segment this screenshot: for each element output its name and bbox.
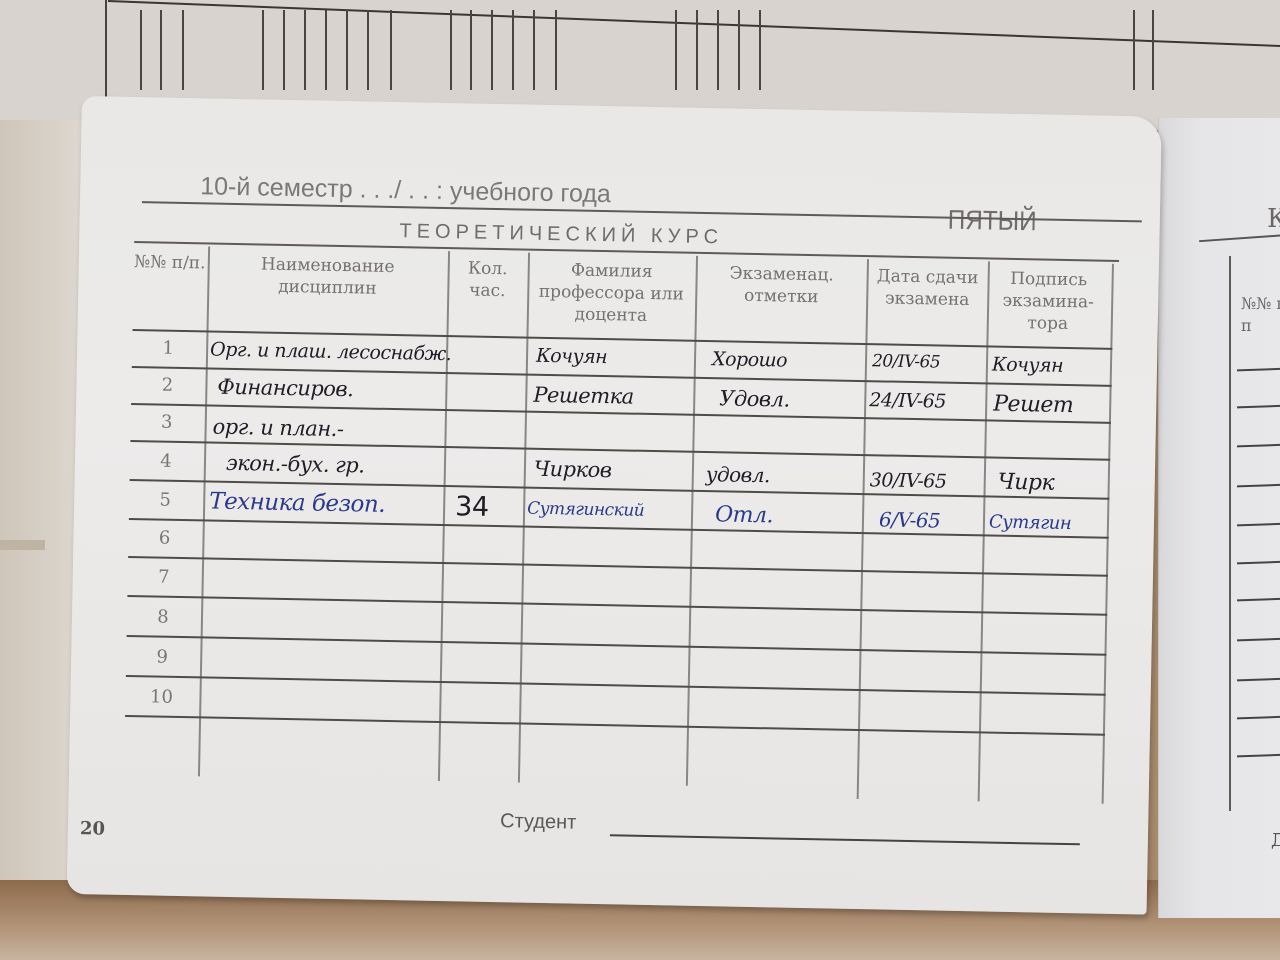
grade-cell: Удовл. <box>719 386 790 411</box>
underlying-col-line <box>696 10 698 90</box>
underlying-col-line <box>675 10 677 90</box>
underlying-page-edge <box>105 0 107 105</box>
page-fold <box>0 540 45 550</box>
underlying-col-line <box>367 10 369 90</box>
professor-cell: Сутягинский <box>527 499 644 521</box>
record-book-page: 10-й семестр . . ./ . . : учебного года … <box>67 96 1162 915</box>
section-title: ТЕОРЕТИЧЕСКИЙ КУРС <box>399 220 723 249</box>
right-page-row-line <box>1237 637 1280 642</box>
underlying-col-line <box>470 10 472 90</box>
header-discipline: Наименование дисциплин <box>209 252 446 301</box>
underlying-col-line <box>1133 10 1135 90</box>
header-hours: Кол. час. <box>449 257 526 302</box>
row-rule <box>129 518 1109 539</box>
date-cell: 30/IV-65 <box>870 469 947 492</box>
underlying-col-line <box>262 10 264 90</box>
student-signature-label: Студент <box>500 810 577 834</box>
underlying-col-line <box>160 10 162 90</box>
signature-cell: Чирк <box>998 470 1055 496</box>
underlying-col-line <box>555 10 557 90</box>
underlying-col-line <box>140 10 142 90</box>
row-number: 3 <box>147 411 187 433</box>
right-page-header: №№ п/п <box>1241 293 1280 337</box>
underlying-col-line <box>759 10 761 90</box>
underlying-col-line <box>182 10 184 90</box>
student-signature-line <box>610 834 1080 845</box>
right-page-row-line <box>1237 560 1280 565</box>
right-page-title: К <box>1267 204 1280 234</box>
signature-cell: Решет <box>993 392 1074 419</box>
date-cell: 6/V-65 <box>879 507 941 532</box>
underlying-col-line <box>533 10 535 90</box>
underlying-col-line <box>1152 10 1154 90</box>
underlying-col-line <box>283 10 285 90</box>
right-page-row-line <box>1237 443 1280 448</box>
header-num: №№ п/п. <box>134 251 206 274</box>
underlying-col-line <box>325 10 327 90</box>
row-number: 10 <box>141 686 181 708</box>
row-number: 1 <box>148 337 188 359</box>
discipline-cell: Финансиров. <box>217 375 353 402</box>
row-number: 9 <box>142 646 182 668</box>
professor-cell: Кочуян <box>536 345 608 368</box>
discipline-cell: экон.-бух. гр. <box>226 451 365 478</box>
right-page-footer: Д <box>1271 830 1280 851</box>
right-page-row-line <box>1237 677 1280 682</box>
row-rule <box>128 556 1108 577</box>
right-page-row-line <box>1237 483 1280 488</box>
right-page-col-line <box>1229 256 1231 811</box>
professor-cell: Решетка <box>533 383 634 409</box>
professor-cell: Чирков <box>534 457 612 482</box>
page-number: 20 <box>80 818 105 839</box>
row-number: 5 <box>145 489 185 511</box>
date-cell: 20/IV-65 <box>872 351 941 372</box>
header-signature: Подпись экзамина- тора <box>989 267 1108 335</box>
grade-cell: удовл. <box>706 462 771 487</box>
course-year: ПЯТЫЙ <box>947 205 1036 238</box>
underlying-col-line <box>717 10 719 90</box>
row-number: 7 <box>144 566 184 588</box>
grade-cell: Хорошо <box>712 348 787 371</box>
discipline-cell: орг. и план.- <box>212 415 343 442</box>
row-rule <box>126 675 1106 696</box>
right-page-row-line <box>1237 367 1280 372</box>
underlying-col-line <box>491 10 493 90</box>
right-page-row-line <box>1237 522 1280 527</box>
discipline-cell: Орг. и плаш. лесоснабж. <box>210 339 451 366</box>
row-rule <box>125 715 1105 736</box>
signature-cell: Кочуян <box>992 354 1064 377</box>
header-date: Дата сдачи экзамена <box>869 265 986 311</box>
right-page-row-line <box>1237 597 1280 602</box>
discipline-cell: Техника безоп. <box>209 489 385 518</box>
right-page-row-line <box>1237 404 1280 409</box>
header-grade: Экзаменац. отметки <box>699 262 864 309</box>
row-number: 6 <box>144 527 184 549</box>
grades-table: №№ п/п. Наименование дисциплин Кол. час.… <box>134 245 1114 264</box>
row-number: 2 <box>147 374 187 396</box>
row-rule <box>127 595 1107 616</box>
underlying-col-line <box>512 10 514 90</box>
underlying-col-line <box>450 10 452 90</box>
row-number: 4 <box>146 450 186 472</box>
underlying-col-line <box>390 10 392 90</box>
grade-cell: Отл. <box>715 502 773 528</box>
hours-cell: 34 <box>455 491 489 523</box>
row-number: 8 <box>143 606 183 628</box>
right-page-row-line <box>1237 753 1280 758</box>
row-rule <box>127 635 1107 656</box>
signature-cell: Сутягин <box>989 511 1072 534</box>
date-cell: 24/IV-65 <box>869 389 946 412</box>
right-page-row-line <box>1237 715 1280 720</box>
header-professor: Фамилия профессора или доцента <box>529 259 694 328</box>
underlying-col-line <box>346 10 348 90</box>
underlying-col-line <box>738 10 740 90</box>
underlying-col-line <box>304 10 306 90</box>
right-page: К №№ п/п 1 2 3 4 5 6 7 8 9 10 Д <box>1158 118 1280 918</box>
